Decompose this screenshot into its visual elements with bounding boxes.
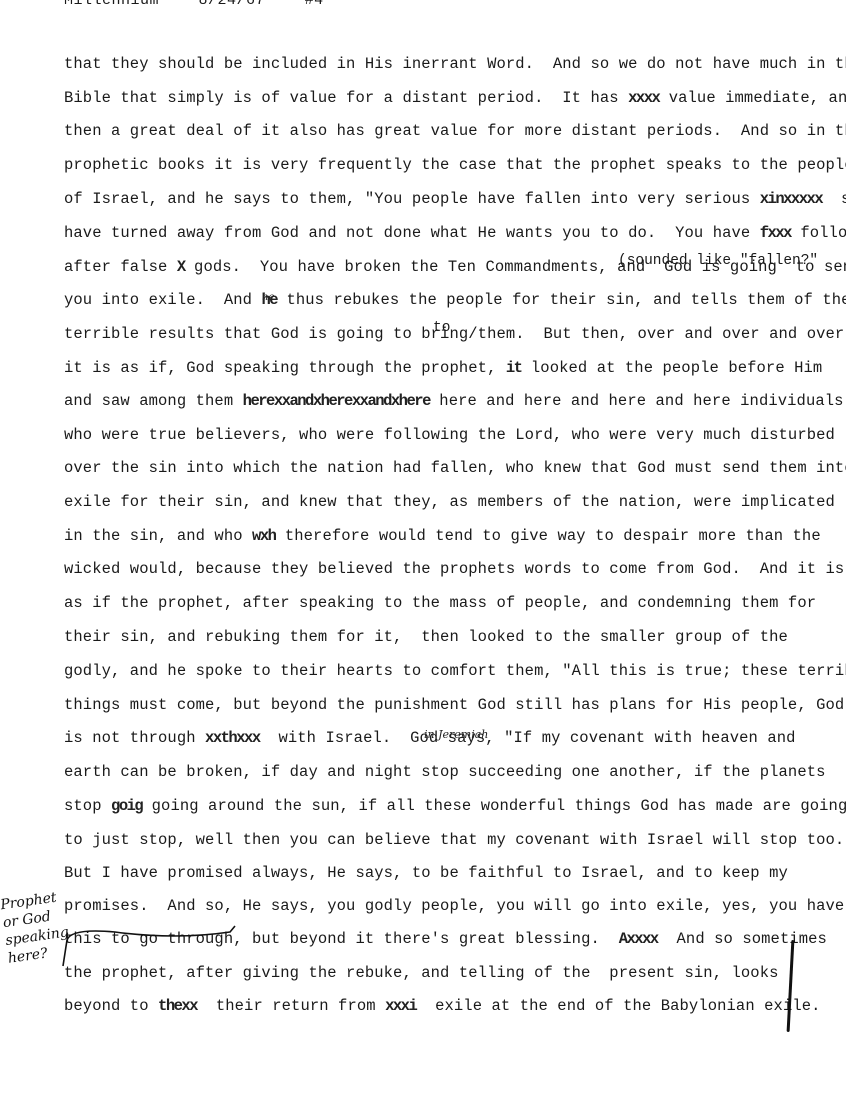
insert-to: to [433, 320, 450, 336]
line-text: followed [791, 224, 846, 242]
text-line: who were true believers, who were follow… [64, 425, 835, 445]
line-text: who were true believers, who were follow… [64, 426, 835, 444]
text-line: then a great deal of it also has great v… [64, 121, 846, 141]
line-text: over the sin into which the nation had f… [64, 459, 846, 477]
text-line: as if the prophet, after speaking to the… [64, 593, 816, 613]
line-text: and saw among them [64, 392, 243, 410]
line-text: Bible that simply is of value for a dist… [64, 89, 628, 107]
text-line: prophetic books it is very frequently th… [64, 155, 846, 175]
text-line: things must come, but beyond the punishm… [64, 695, 844, 715]
line-text: earth can be broken, if day and night st… [64, 763, 826, 781]
text-line: have turned away from God and not done w… [64, 223, 846, 243]
text-line: stop goig going around the sun, if all t… [64, 796, 846, 816]
line-text: as if the prophet, after speaking to the… [64, 594, 816, 612]
text-line: that they should be included in His iner… [64, 54, 846, 74]
line-text: in the sin, and who [64, 527, 252, 545]
struck-out-text: xxthxxx [205, 729, 260, 747]
line-text: you into exile. And [64, 291, 261, 309]
line-text: thus rebukes the people for their sin, a… [277, 291, 846, 309]
header-date: 8/24/67 [199, 0, 266, 9]
line-text: exile at the end of the Babylonian exile… [416, 997, 820, 1015]
line-text: value immediate, and [659, 89, 846, 107]
line-text: But I have promised always, He says, to … [64, 864, 788, 882]
text-line: to just stop, well then you can believe … [64, 830, 844, 850]
page-header: Millennium 8/24/67 #4 [64, 0, 354, 9]
struck-out-text: Axxxx [619, 930, 658, 948]
line-text: exile for their sin, and knew that they,… [64, 493, 835, 511]
text-line: it is as if, God speaking through the pr… [64, 358, 822, 378]
line-text: promises. And so, He says, you godly peo… [64, 897, 844, 915]
line-text: looked at the people before Him [521, 359, 822, 377]
line-text: godly, and he spoke to their hearts to c… [64, 662, 846, 680]
text-line: beyond to thexx their return from xxxi e… [64, 996, 821, 1016]
line-text: have turned away from God and not done w… [64, 224, 760, 242]
text-line: Bible that simply is of value for a dist… [64, 88, 846, 108]
header-number: #4 [305, 0, 324, 9]
text-line: of Israel, and he says to them, "You peo… [64, 189, 846, 209]
struck-out-text: xxxx [628, 89, 659, 107]
line-text: then a great deal of it also has great v… [64, 122, 846, 140]
line-text: going around the sun, if all these wonde… [142, 797, 846, 815]
line-text: terrible results that God is going to br… [64, 325, 846, 343]
line-text: wicked would, because they believed the … [64, 560, 844, 578]
line-text: that they should be included in His iner… [64, 55, 846, 73]
insert-in-jeremiah: in Jeremiah [424, 728, 488, 741]
text-line: over the sin into which the nation had f… [64, 458, 846, 478]
struck-out-text: fxxx [760, 224, 791, 242]
line-text: here and here and here and here individu… [430, 392, 844, 410]
handwritten-bracket-icon [55, 918, 245, 968]
line-text: stop [64, 797, 111, 815]
line-text: therefore would tend to give way to desp… [275, 527, 820, 545]
text-line: But I have promised always, He says, to … [64, 863, 788, 883]
text-line: godly, and he spoke to their hearts to c… [64, 661, 846, 681]
line-text: after false [64, 258, 177, 276]
line-text: sin: you [822, 190, 846, 208]
text-line: their sin, and rebuking them for it, the… [64, 627, 788, 647]
struck-out-text: it [506, 359, 522, 377]
line-text: it is as if, God speaking through the pr… [64, 359, 506, 377]
struck-out-text: goig [111, 797, 142, 815]
text-line: terrible results that God is going to br… [64, 324, 846, 344]
text-line: exile for their sin, and knew that they,… [64, 492, 835, 512]
line-text: prophetic books it is very frequently th… [64, 156, 846, 174]
struck-out-text: wxh [252, 527, 275, 545]
line-text: And so sometimes [658, 930, 827, 948]
text-line: you into exile. And he thus rebukes the … [64, 290, 846, 310]
struck-out-text: X [177, 258, 185, 276]
text-line: promises. And so, He says, you godly peo… [64, 896, 844, 916]
struck-out-text: thexx [158, 997, 197, 1015]
margin-vertical-line [787, 940, 795, 1032]
struck-out-text: herexxandxherexxandxhere [243, 392, 430, 410]
line-text: their return from [197, 997, 385, 1015]
line-text: is not through [64, 729, 205, 747]
text-line: wicked would, because they believed the … [64, 559, 844, 579]
struck-out-text: xxxi [385, 997, 416, 1015]
text-line: and saw among them herexxandxherexxandxh… [64, 391, 844, 411]
line-text: beyond to [64, 997, 158, 1015]
line-text: of Israel, and he says to them, "You peo… [64, 190, 760, 208]
line-text: with Israel. God says, "If my covenant w… [260, 729, 796, 747]
line-text: their sin, and rebuking them for it, the… [64, 628, 788, 646]
insert-he: he [262, 292, 274, 303]
insert-sounded-like: (sounded like "fallen?" [618, 253, 818, 269]
header-title: Millennium [64, 0, 159, 9]
line-text: things must come, but beyond the punishm… [64, 696, 844, 714]
text-line: in the sin, and who wxh therefore would … [64, 526, 821, 546]
text-line: earth can be broken, if day and night st… [64, 762, 826, 782]
line-text: to just stop, well then you can believe … [64, 831, 844, 849]
struck-out-text: xinxxxxx [760, 190, 822, 208]
